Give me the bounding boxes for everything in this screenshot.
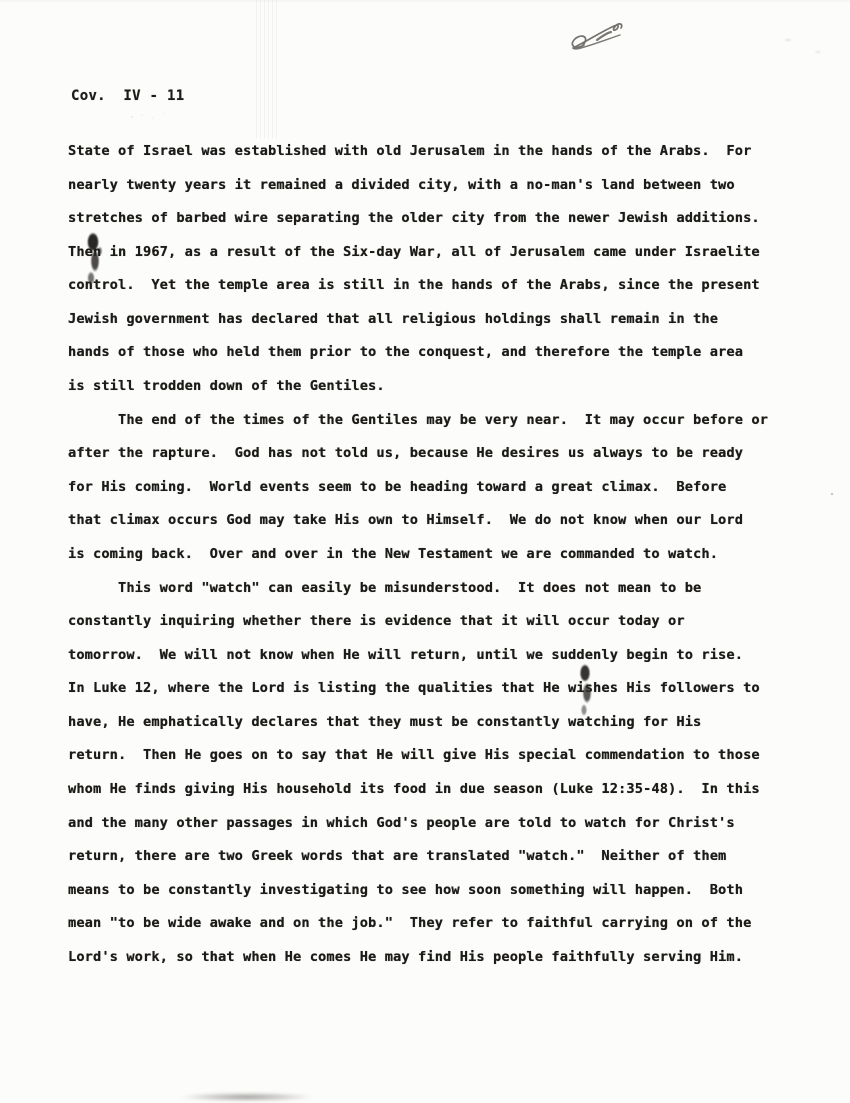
text-line: means to be constantly investigating to … xyxy=(68,874,788,908)
text-line: is coming back. Over and over in the New… xyxy=(68,538,788,572)
ink-smudge-wishes xyxy=(572,661,598,719)
text-line: In Luke 12, where the Lord is listing th… xyxy=(68,672,788,706)
ink-speck xyxy=(827,489,837,499)
ink-smudge-then xyxy=(78,231,108,287)
text-line: after the rapture. God has not told us, … xyxy=(68,437,788,471)
text-line: tomorrow. We will not know when He will … xyxy=(68,639,788,673)
bottom-edge-smudge xyxy=(152,1088,342,1103)
text-line: mean "to be wide awake and on the job." … xyxy=(68,907,788,941)
text-line: that climax occurs God may take His own … xyxy=(68,504,788,538)
text-line: Jewish government has declared that all … xyxy=(68,303,788,337)
text-line: constantly inquiring whether there is ev… xyxy=(68,605,788,639)
text-line: hands of those who held them prior to th… xyxy=(68,336,788,370)
text-line: Then in 1967, as a result of the Six-day… xyxy=(68,236,788,270)
text-line: State of Israel was established with old… xyxy=(68,135,788,169)
text-line: have, He emphatically declares that they… xyxy=(68,706,788,740)
text-line: stretches of barbed wire separating the … xyxy=(68,202,788,236)
text-line: control. Yet the temple area is still in… xyxy=(68,269,788,303)
text-line: return, there are two Greek words that a… xyxy=(68,840,788,874)
text-line: return. Then He goes on to say that He w… xyxy=(68,739,788,773)
text-line: is still trodden down of the Gentiles. xyxy=(68,370,788,404)
faint-corner-marks xyxy=(768,12,838,62)
handwritten-scribble xyxy=(563,16,633,56)
text-line: whom He finds giving His household its f… xyxy=(68,773,788,807)
text-line: Lord's work, so that when He comes He ma… xyxy=(68,941,788,975)
text-line: The end of the times of the Gentiles may… xyxy=(68,404,788,438)
text-line: and the many other passages in which God… xyxy=(68,807,788,841)
text-line: for His coming. World events seem to be … xyxy=(68,471,788,505)
text-line: This word "watch" can easily be misunder… xyxy=(68,572,788,606)
page-header-label: Cov. IV - 11 xyxy=(71,88,184,104)
document-page: Cov. IV - 11 State of Israel was establi… xyxy=(0,0,850,1103)
body-text: State of Israel was established with old… xyxy=(68,135,788,974)
text-line: nearly twenty years it remained a divide… xyxy=(68,169,788,203)
pencil-specks xyxy=(126,111,174,123)
scan-streaks xyxy=(256,0,278,138)
